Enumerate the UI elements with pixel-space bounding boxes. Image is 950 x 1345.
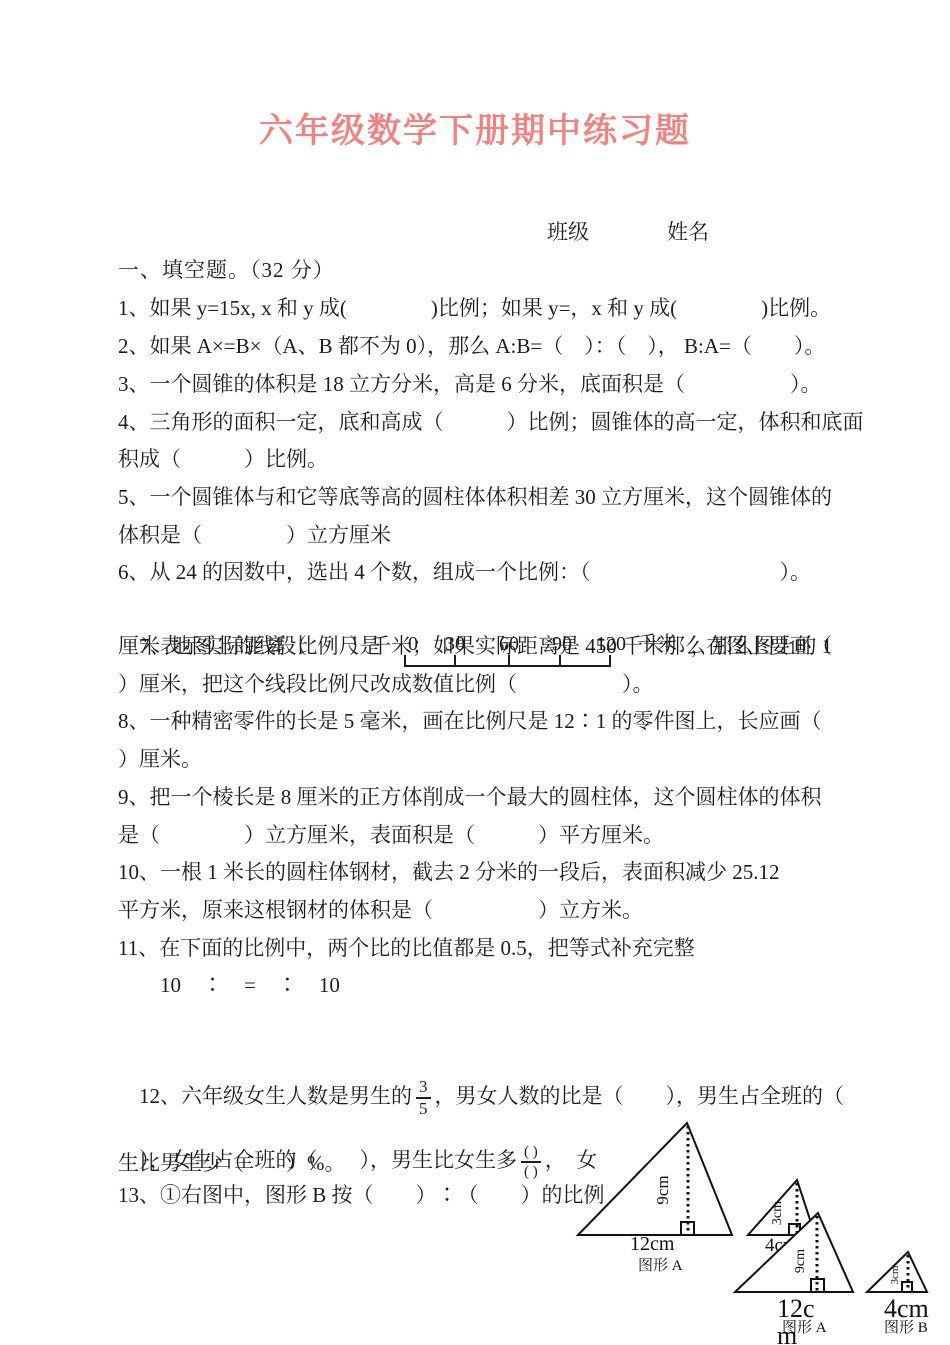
question-10-line1: 10、一根 1 米长的圆柱体钢材，截去 2 分米的一段后，表面积减少 25.12 [118,853,878,891]
question-9-line1: 9、把一个棱长是 8 厘米的正方体削成一个最大的圆柱体，这个圆柱体的体积 [118,778,878,816]
question-4-line2: 积成（ ）比例。 [118,440,878,478]
name-label: 姓名 [667,218,709,246]
triangle-b-bottom-height-label: 3cm [889,1265,901,1284]
question-1: 1、如果 y=15x, x 和 y 成( )比例；如果 y=，x 和 y 成( … [118,289,878,327]
class-label: 班级 [547,218,589,246]
question-6: 6、从 24 的因数中，选出 4 个数，组成一个比例：（ ）。 [118,553,878,591]
section-heading: 一、填空题。（32 分） [118,251,878,289]
triangles-figure: 3cm 4cm 9cm 12cm 图形 A 9cm 12c 图形 A m 3 [568,1113,948,1345]
question-10-line2: 平方米，原来这根钢材的体积是（ ）立方米。 [118,891,878,929]
triangle-a-top-height-label: 9cm [653,1175,672,1204]
triangle-a-bottom-base-label-line1: 12c [777,1294,815,1323]
question-8-line1: 8、一种精密零件的长是 5 毫米，画在比例尺是 12∶1 的零件图上，长应画（ [118,702,878,740]
triangle-a-top: 9cm 12cm 图形 A [578,1123,732,1274]
question-7-line3: ）厘米，把这个线段比例尺改成数值比例（ ）。 [118,665,878,703]
question-9-line2: 是（ ）立方厘米，表面积是（ ）平方厘米。 [118,816,878,854]
question-5-line1: 5、一个圆锥体与和它等底等高的圆柱体体积相差 30 立方厘米，这个圆锥体的 [118,478,878,516]
triangle-a-bottom-height-label: 9cm [793,1249,808,1273]
question-5-line2: 体积是（ ）立方厘米 [118,516,878,554]
question-4-line1: 4、三角形的面积一定，底和高成（ ）比例；圆锥体的高一定，体积和底面 [118,403,878,441]
question-11-line1: 11、在下面的比例中，两个比的比值都是 0.5，把等式补充完整 [118,929,878,967]
triangle-a-top-name-label: 图形 A [638,1257,683,1274]
question-8-line2: ）厘米。 [118,740,878,778]
triangle-a-bottom-base-label-line2: m [777,1321,797,1345]
question-11-proportion: 10 ∶ = ∶ 10 [160,966,920,1004]
triangle-a-top-base-label: 12cm [630,1233,675,1255]
triangle-b-bottom-base-label: 4cm [884,1294,929,1323]
triangle-b-bottom: 3cm 4cm 图形 B [867,1252,929,1336]
question-2: 2、如果 A×=B×（A、B 都不为 0），那么 A:B=（ ）：（ ）， B:… [118,327,878,365]
triangle-b-bottom-name-label: 图形 B [884,1319,928,1336]
question-12-line1: 12、六年级女生人数是男生的35，男女人数的比是（ ），男生占全班的（ [118,1012,878,1068]
page-title: 六年级数学下册期中练习题 [0,103,950,152]
question-3: 3、一个圆锥的体积是 18 立方分米，高是 6 分米，底面积是（ ）。 [118,365,878,403]
question-7-line2: 厘米表示实际距离（ ）千米；如果实际距离是 450 千米那么在图上要画（ [118,627,878,665]
worksheet-page: 六年级数学下册期中练习题 班级 姓名 一、填空题。（32 分） 1、如果 y=1… [0,0,950,1345]
triangle-b-top-height-label: 3cm [770,1201,785,1225]
